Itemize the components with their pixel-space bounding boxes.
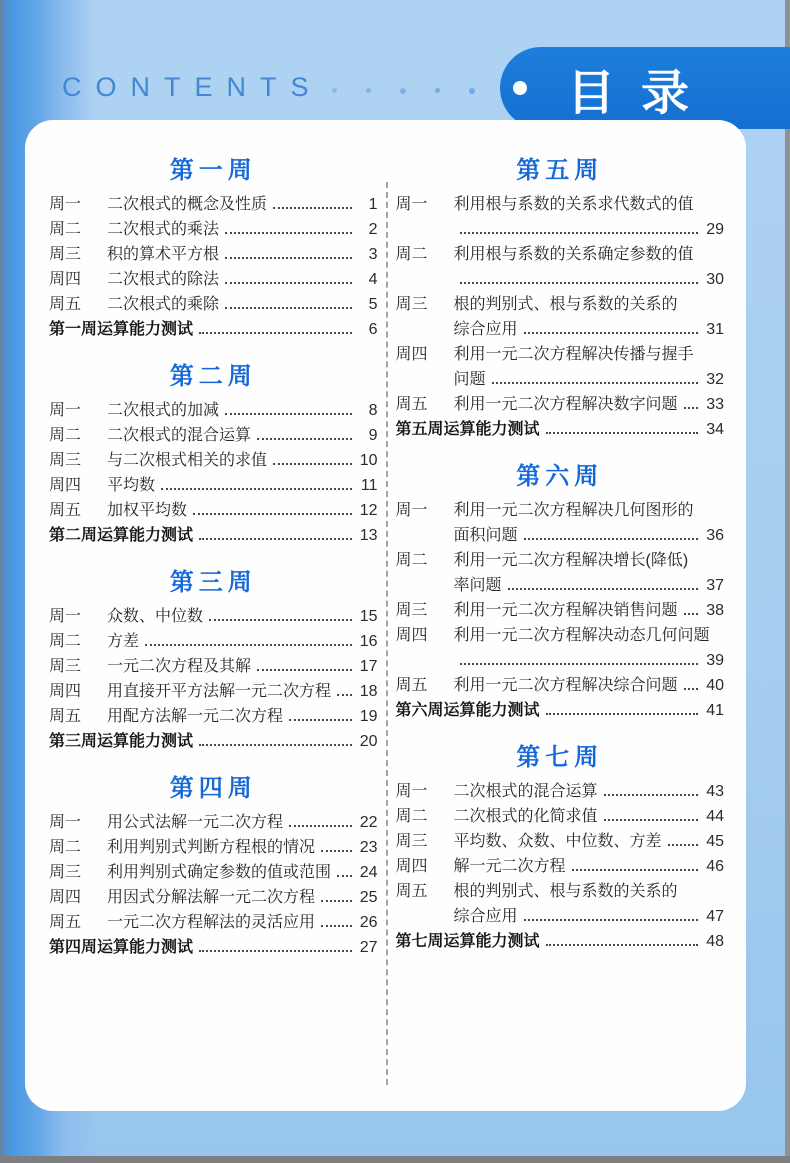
topic-label: 二次根式的概念及性质: [107, 195, 267, 215]
toc-entry[interactable]: 周四利用一元二次方程解决传播与握手问题32: [396, 345, 725, 390]
entry-line: 周三积的算术平方根3: [49, 245, 378, 265]
entry-line: 第一周运算能力测试6: [49, 320, 378, 340]
topic-label: 利用判别式判断方程根的情况: [107, 838, 315, 858]
week-section: 第六周周一利用一元二次方程解决几何图形的面积问题36周二利用一元二次方程解决增长…: [396, 456, 725, 721]
day-label: 周三: [49, 657, 97, 677]
toc-entry[interactable]: 周五用配方法解一元二次方程19: [49, 707, 378, 727]
day-label: 周一: [49, 195, 97, 215]
entry-line: 周三利用判别式确定参数的值或范围24: [49, 863, 378, 883]
week-title: 第五周: [396, 150, 725, 185]
topic-label: 根的判别式、根与系数的关系的: [454, 295, 678, 315]
toc-column-left: 第一周周一二次根式的概念及性质1周二二次根式的乘法2周三积的算术平方根3周四二次…: [43, 134, 384, 1111]
topic-label: 利用一元二次方程解决传播与握手: [454, 345, 694, 365]
topic-label: 二次根式的乘法: [107, 220, 219, 240]
entry-line: 周四平均数11: [49, 476, 378, 496]
toc-entry[interactable]: 周一利用根与系数的关系求代数式的值29: [396, 195, 725, 240]
week-title: 第一周: [49, 150, 378, 185]
day-label: 周四: [49, 888, 97, 908]
dotted-leader: [337, 694, 351, 696]
entry-line: 第三周运算能力测试20: [49, 732, 378, 752]
page-number: 30: [704, 270, 724, 290]
toc-entry[interactable]: 周三一元二次方程及其解17: [49, 657, 378, 677]
day-label: 周一: [49, 813, 97, 833]
day-label: 周四: [49, 270, 97, 290]
entry-line: 第五周运算能力测试34: [396, 420, 725, 440]
toc-entry[interactable]: 周四解一元二次方程46: [396, 857, 725, 877]
week-title: 第七周: [396, 737, 725, 772]
entry-line: 周二利用根与系数的关系确定参数的值: [396, 245, 725, 265]
day-label: 周一: [49, 401, 97, 421]
dotted-leader: [684, 688, 698, 690]
dotted-leader: [289, 719, 351, 721]
entry-line: 第七周运算能力测试48: [396, 932, 725, 952]
day-label: 周五: [49, 707, 97, 727]
week-section: 第一周周一二次根式的概念及性质1周二二次根式的乘法2周三积的算术平方根3周四二次…: [49, 150, 378, 340]
topic-label: 利用判别式确定参数的值或范围: [107, 863, 331, 883]
dot-icon: [400, 88, 406, 94]
day-label: 周五: [49, 913, 97, 933]
toc-entry[interactable]: 周二利用判别式判断方程根的情况23: [49, 838, 378, 858]
entry-line: 30: [396, 270, 725, 290]
toc-entry[interactable]: 周一二次根式的混合运算43: [396, 782, 725, 802]
topic-label: 第一周运算能力测试: [49, 320, 193, 340]
dotted-leader: [524, 538, 698, 540]
topic-label: 利用一元二次方程解决几何图形的: [454, 501, 694, 521]
dotted-leader: [508, 588, 698, 590]
topic-label: 二次根式的化简求值: [454, 807, 598, 827]
dotted-leader: [604, 794, 698, 796]
page-number: 6: [358, 320, 378, 340]
page-number: 5: [358, 295, 378, 315]
page-number: 40: [704, 676, 724, 696]
page-number: 9: [358, 426, 378, 446]
entry-line: 周四利用一元二次方程解决动态几何问题: [396, 626, 725, 646]
entry-line: 周三平均数、众数、中位数、方差45: [396, 832, 725, 852]
dotted-leader: [460, 663, 699, 665]
toc-entry[interactable]: 周二二次根式的化简求值44: [396, 807, 725, 827]
topic-label: 一元二次方程及其解: [107, 657, 251, 677]
dotted-leader: [460, 282, 699, 284]
topic-label: 用公式法解一元二次方程: [107, 813, 283, 833]
topic-label: 二次根式的加减: [107, 401, 219, 421]
entry-line: 周五加权平均数12: [49, 501, 378, 521]
page-number: 10: [358, 451, 378, 471]
page-number: 15: [358, 607, 378, 627]
day-label: 周二: [49, 632, 97, 652]
page-number: 17: [358, 657, 378, 677]
dotted-leader: [604, 819, 698, 821]
entry-line: 周五二次根式的乘除5: [49, 295, 378, 315]
page-number: 47: [704, 907, 724, 927]
page-number: 26: [358, 913, 378, 933]
entry-line: 周二利用判别式判断方程根的情况23: [49, 838, 378, 858]
topic-label: 率问题: [454, 576, 502, 596]
page-number: 16: [358, 632, 378, 652]
dotted-leader: [225, 232, 351, 234]
topic-label: 与二次根式相关的求值: [107, 451, 267, 471]
toc-entry[interactable]: 周五根的判别式、根与系数的关系的综合应用47: [396, 882, 725, 927]
entry-line: 综合应用47: [396, 907, 725, 927]
page-number: 36: [704, 526, 724, 546]
entry-line: 第四周运算能力测试27: [49, 938, 378, 958]
dotted-leader: [199, 744, 351, 746]
dotted-leader: [546, 432, 698, 434]
page-number: 3: [358, 245, 378, 265]
toc-entry[interactable]: 周三积的算术平方根3: [49, 245, 378, 265]
entry-line: 周一二次根式的加减8: [49, 401, 378, 421]
entry-line: 周三与二次根式相关的求值10: [49, 451, 378, 471]
day-label: 周一: [49, 607, 97, 627]
week-title: 第六周: [396, 456, 725, 491]
topic-label: 利用一元二次方程解决增长(降低): [454, 551, 689, 571]
day-label: 周二: [49, 220, 97, 240]
page-number: 41: [704, 701, 724, 721]
page-number: 43: [704, 782, 724, 802]
day-label: 周五: [49, 295, 97, 315]
entry-line: 周四利用一元二次方程解决传播与握手: [396, 345, 725, 365]
page-number: 20: [358, 732, 378, 752]
topic-label: 第三周运算能力测试: [49, 732, 193, 752]
topic-label: 二次根式的混合运算: [107, 426, 251, 446]
toc-entry[interactable]: 周五二次根式的乘除5: [49, 295, 378, 315]
toc-entry[interactable]: 周四用因式分解法解一元二次方程25: [49, 888, 378, 908]
entry-line: 周五用配方法解一元二次方程19: [49, 707, 378, 727]
entry-line: 周二二次根式的混合运算9: [49, 426, 378, 446]
dotted-leader: [199, 332, 351, 334]
page-number: 1: [358, 195, 378, 215]
decorative-dots: [332, 88, 475, 94]
toc-entry[interactable]: 第一周运算能力测试6: [49, 320, 378, 340]
topic-label: 利用一元二次方程解决数字问题: [454, 395, 678, 415]
page-number: 25: [358, 888, 378, 908]
day-label: 周一: [396, 782, 444, 802]
toc-entry[interactable]: 第六周运算能力测试41: [396, 701, 725, 721]
entry-line: 周三一元二次方程及其解17: [49, 657, 378, 677]
topic-label: 第四周运算能力测试: [49, 938, 193, 958]
week-section: 第七周周一二次根式的混合运算43周二二次根式的化简求值44周三平均数、众数、中位…: [396, 737, 725, 952]
toc-panel: 第一周周一二次根式的概念及性质1周二二次根式的乘法2周三积的算术平方根3周四二次…: [25, 120, 746, 1111]
topic-label: 用直接开平方法解一元二次方程: [107, 682, 331, 702]
dotted-leader: [337, 875, 351, 877]
week-title: 第二周: [49, 356, 378, 391]
topic-label: 综合应用: [454, 907, 518, 927]
entry-line: 周四解一元二次方程46: [396, 857, 725, 877]
toc-entry[interactable]: 周五利用一元二次方程解决综合问题40: [396, 676, 725, 696]
page-number: 37: [704, 576, 724, 596]
entry-line: 周三利用一元二次方程解决销售问题38: [396, 601, 725, 621]
day-label: 周二: [49, 426, 97, 446]
entry-line: 第六周运算能力测试41: [396, 701, 725, 721]
dotted-leader: [199, 950, 351, 952]
day-label: 周三: [396, 601, 444, 621]
day-label: 周三: [49, 863, 97, 883]
dotted-leader: [225, 257, 351, 259]
dotted-leader: [546, 944, 698, 946]
entry-line: 周四用直接开平方法解一元二次方程18: [49, 682, 378, 702]
dotted-leader: [546, 713, 698, 715]
dotted-leader: [193, 513, 351, 515]
entry-line: 39: [396, 651, 725, 671]
pill-dot-icon: [513, 81, 527, 95]
toc-entry[interactable]: 周一利用一元二次方程解决几何图形的面积问题36: [396, 501, 725, 546]
entry-line: 周三根的判别式、根与系数的关系的: [396, 295, 725, 315]
dotted-leader: [289, 825, 351, 827]
topic-label: 一元二次方程解法的灵活应用: [107, 913, 315, 933]
entry-line: 周五利用一元二次方程解决数字问题33: [396, 395, 725, 415]
toc-entry[interactable]: 周三与二次根式相关的求值10: [49, 451, 378, 471]
entry-line: 周五一元二次方程解法的灵活应用26: [49, 913, 378, 933]
topic-label: 利用一元二次方程解决综合问题: [454, 676, 678, 696]
dotted-leader: [161, 488, 351, 490]
topic-label: 问题: [454, 370, 486, 390]
toc-entry[interactable]: 周四利用一元二次方程解决动态几何问题39: [396, 626, 725, 671]
page-number: 46: [704, 857, 724, 877]
page-number: 45: [704, 832, 724, 852]
entry-line: 周五根的判别式、根与系数的关系的: [396, 882, 725, 902]
scan-edge-right: [785, 0, 790, 1163]
toc-entry[interactable]: 周五利用一元二次方程解决数字问题33: [396, 395, 725, 415]
dotted-leader: [225, 413, 351, 415]
toc-entry[interactable]: 周二利用一元二次方程解决增长(降低)率问题37: [396, 551, 725, 596]
dotted-leader: [524, 332, 698, 334]
day-label: 周四: [396, 626, 444, 646]
dot-icon: [332, 88, 337, 93]
topic-label: 积的算术平方根: [107, 245, 219, 265]
dotted-leader: [524, 919, 698, 921]
toc-entry[interactable]: 周一众数、中位数15: [49, 607, 378, 627]
page-number: 33: [704, 395, 724, 415]
dotted-leader: [257, 669, 351, 671]
dotted-leader: [321, 925, 351, 927]
scan-edge-bottom: [0, 1156, 790, 1163]
topic-label: 第五周运算能力测试: [396, 420, 540, 440]
dotted-leader: [209, 619, 351, 621]
entry-line: 周一利用根与系数的关系求代数式的值: [396, 195, 725, 215]
topic-label: 二次根式的除法: [107, 270, 219, 290]
toc-entry[interactable]: 周三根的判别式、根与系数的关系的综合应用31: [396, 295, 725, 340]
toc-entry[interactable]: 周四用直接开平方法解一元二次方程18: [49, 682, 378, 702]
toc-entry[interactable]: 周一用公式法解一元二次方程22: [49, 813, 378, 833]
toc-entry[interactable]: 周五加权平均数12: [49, 501, 378, 521]
toc-entry[interactable]: 周三利用一元二次方程解决销售问题38: [396, 601, 725, 621]
toc-entry[interactable]: 周五一元二次方程解法的灵活应用26: [49, 913, 378, 933]
week-section: 第四周周一用公式法解一元二次方程22周二利用判别式判断方程根的情况23周三利用判…: [49, 768, 378, 958]
topic-label: 利用一元二次方程解决动态几何问题: [454, 626, 710, 646]
page-number: 13: [358, 526, 378, 546]
dotted-leader: [225, 282, 351, 284]
entry-line: 周二方差16: [49, 632, 378, 652]
day-label: 周三: [49, 245, 97, 265]
topic-label: 众数、中位数: [107, 607, 203, 627]
toc-entry[interactable]: 第五周运算能力测试34: [396, 420, 725, 440]
entry-line: 周一众数、中位数15: [49, 607, 378, 627]
day-label: 周二: [396, 807, 444, 827]
page-number: 34: [704, 420, 724, 440]
dotted-leader: [668, 844, 698, 846]
page-number: 38: [704, 601, 724, 621]
dotted-leader: [321, 900, 351, 902]
toc-column-right: 第五周周一利用根与系数的关系求代数式的值29周二利用根与系数的关系确定参数的值3…: [390, 134, 731, 1111]
page-number: 31: [704, 320, 724, 340]
topic-label: 用配方法解一元二次方程: [107, 707, 283, 727]
dot-icon: [435, 88, 440, 93]
entry-line: 周一用公式法解一元二次方程22: [49, 813, 378, 833]
day-label: 周三: [396, 295, 444, 315]
page-number: 22: [358, 813, 378, 833]
day-label: 周二: [49, 838, 97, 858]
day-label: 周五: [396, 395, 444, 415]
toc-entry[interactable]: 周二二次根式的混合运算9: [49, 426, 378, 446]
page-number: 44: [704, 807, 724, 827]
topic-label: 解一元二次方程: [454, 857, 566, 877]
page-number: 23: [358, 838, 378, 858]
topic-label: 用因式分解法解一元二次方程: [107, 888, 315, 908]
page-title-banner: 目录: [500, 47, 790, 129]
dot-icon: [366, 88, 371, 93]
page-number: 12: [358, 501, 378, 521]
entry-line: 周五利用一元二次方程解决综合问题40: [396, 676, 725, 696]
day-label: 周三: [396, 832, 444, 852]
dotted-leader: [199, 538, 351, 540]
week-section: 第三周周一众数、中位数15周二方差16周三一元二次方程及其解17周四用直接开平方…: [49, 562, 378, 752]
entry-line: 周一利用一元二次方程解决几何图形的: [396, 501, 725, 521]
toc-entry[interactable]: 周四平均数11: [49, 476, 378, 496]
topic-label: 第二周运算能力测试: [49, 526, 193, 546]
dotted-leader: [572, 869, 698, 871]
toc-entry[interactable]: 周二方差16: [49, 632, 378, 652]
day-label: 周二: [396, 551, 444, 571]
book-page: { "header": { "contents_label": "CONTENT…: [0, 0, 790, 1163]
page-number: 2: [358, 220, 378, 240]
entry-line: 周一二次根式的混合运算43: [396, 782, 725, 802]
dotted-leader: [145, 644, 351, 646]
dotted-leader: [273, 207, 351, 209]
week-section: 第二周周一二次根式的加减8周二二次根式的混合运算9周三与二次根式相关的求值10周…: [49, 356, 378, 546]
entry-line: 周二二次根式的乘法2: [49, 220, 378, 240]
day-label: 周四: [396, 857, 444, 877]
topic-label: 综合应用: [454, 320, 518, 340]
toc-entry[interactable]: 周一二次根式的概念及性质1: [49, 195, 378, 215]
toc-entry[interactable]: 第四周运算能力测试27: [49, 938, 378, 958]
day-label: 周二: [396, 245, 444, 265]
column-divider: [386, 182, 388, 1085]
page-number: 32: [704, 370, 724, 390]
dotted-leader: [684, 407, 698, 409]
topic-label: 加权平均数: [107, 501, 187, 521]
dotted-leader: [321, 850, 351, 852]
entry-line: 周一二次根式的概念及性质1: [49, 195, 378, 215]
page-number: 29: [704, 220, 724, 240]
dot-icon: [469, 88, 475, 94]
topic-label: 利用根与系数的关系确定参数的值: [454, 245, 694, 265]
topic-label: 第六周运算能力测试: [396, 701, 540, 721]
dotted-leader: [460, 232, 699, 234]
week-title: 第三周: [49, 562, 378, 597]
day-label: 周五: [396, 676, 444, 696]
toc-entry[interactable]: 周四二次根式的除法4: [49, 270, 378, 290]
page-number: 18: [358, 682, 378, 702]
entry-line: 29: [396, 220, 725, 240]
toc-entry[interactable]: 第二周运算能力测试13: [49, 526, 378, 546]
contents-label: CONTENTS: [62, 72, 323, 103]
page-number: 11: [358, 476, 378, 496]
day-label: 周四: [49, 476, 97, 496]
toc-entry[interactable]: 第七周运算能力测试48: [396, 932, 725, 952]
week-section: 第五周周一利用根与系数的关系求代数式的值29周二利用根与系数的关系确定参数的值3…: [396, 150, 725, 440]
topic-label: 利用根与系数的关系求代数式的值: [454, 195, 694, 215]
dotted-leader: [684, 613, 698, 615]
page-number: 8: [358, 401, 378, 421]
dotted-leader: [492, 382, 698, 384]
day-label: 周五: [396, 882, 444, 902]
topic-label: 二次根式的混合运算: [454, 782, 598, 802]
day-label: 周四: [49, 682, 97, 702]
topic-label: 根的判别式、根与系数的关系的: [454, 882, 678, 902]
toc-entry[interactable]: 周三利用判别式确定参数的值或范围24: [49, 863, 378, 883]
toc-entry[interactable]: 周一二次根式的加减8: [49, 401, 378, 421]
day-label: 周一: [396, 195, 444, 215]
entry-line: 综合应用31: [396, 320, 725, 340]
entry-line: 面积问题36: [396, 526, 725, 546]
toc-entry[interactable]: 周三平均数、众数、中位数、方差45: [396, 832, 725, 852]
entry-line: 率问题37: [396, 576, 725, 596]
page-number: 19: [358, 707, 378, 727]
entry-line: 周二利用一元二次方程解决增长(降低): [396, 551, 725, 571]
topic-label: 平均数、众数、中位数、方差: [454, 832, 662, 852]
day-label: 周三: [49, 451, 97, 471]
page-number: 27: [358, 938, 378, 958]
page-title: 目录: [567, 54, 715, 123]
toc-entry[interactable]: 第三周运算能力测试20: [49, 732, 378, 752]
day-label: 周四: [396, 345, 444, 365]
entry-line: 第二周运算能力测试13: [49, 526, 378, 546]
toc-entry[interactable]: 周二利用根与系数的关系确定参数的值30: [396, 245, 725, 290]
entry-line: 周二二次根式的化简求值44: [396, 807, 725, 827]
topic-label: 利用一元二次方程解决销售问题: [454, 601, 678, 621]
page-number: 4: [358, 270, 378, 290]
topic-label: 二次根式的乘除: [107, 295, 219, 315]
topic-label: 方差: [107, 632, 139, 652]
day-label: 周五: [49, 501, 97, 521]
topic-label: 平均数: [107, 476, 155, 496]
page-number: 39: [704, 651, 724, 671]
entry-line: 周四用因式分解法解一元二次方程25: [49, 888, 378, 908]
entry-line: 周四二次根式的除法4: [49, 270, 378, 290]
dotted-leader: [257, 438, 351, 440]
week-title: 第四周: [49, 768, 378, 803]
toc-entry[interactable]: 周二二次根式的乘法2: [49, 220, 378, 240]
entry-line: 问题32: [396, 370, 725, 390]
dotted-leader: [273, 463, 351, 465]
page-number: 24: [358, 863, 378, 883]
topic-label: 面积问题: [454, 526, 518, 546]
page-number: 48: [704, 932, 724, 952]
dotted-leader: [225, 307, 351, 309]
day-label: 周一: [396, 501, 444, 521]
topic-label: 第七周运算能力测试: [396, 932, 540, 952]
